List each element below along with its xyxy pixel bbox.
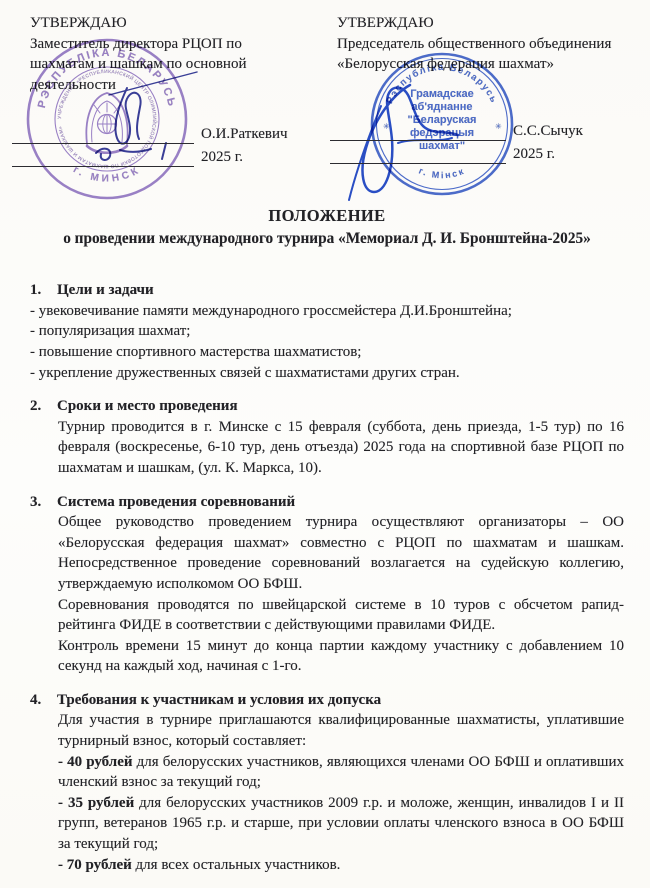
section-heading: 3. Система проведения соревнований <box>30 492 624 513</box>
document-page: УТВЕРЖДАЮ Заместитель директора РЦОП по … <box>0 0 650 888</box>
fee-item: - 35 рублей для белорусских участников 2… <box>58 793 624 855</box>
section-participants: 4. Требования к участникам и условия их … <box>30 690 624 875</box>
section-dates-venue: 2. Сроки и место проведения Турнир прово… <box>30 396 624 478</box>
fee-amount: - 35 рублей <box>58 795 134 811</box>
section-number: 1. <box>30 280 57 301</box>
paragraph: Для участия в турнире приглашаются квали… <box>58 710 624 751</box>
paragraph: Контроль времени 15 минут до конца парти… <box>58 636 624 677</box>
signatures-overlay <box>0 0 650 230</box>
date-suffix-right: 2025 г. <box>513 144 555 164</box>
paragraph: Соревнования проводятся по швейцарской с… <box>58 595 624 636</box>
signature-row-left-name: О.И.Раткевич <box>12 124 288 144</box>
document-title: ПОЛОЖЕНИЕ <box>30 206 624 227</box>
signer-name-left: О.И.Раткевич <box>201 124 288 144</box>
section-number: 4. <box>30 690 57 711</box>
signature-row-right-date: 2025 г. <box>330 144 555 164</box>
goal-item: - популяризация шахмат; <box>30 321 624 342</box>
section-heading-text: Система проведения соревнований <box>57 492 295 513</box>
section-heading: 1. Цели и задачи <box>30 280 624 301</box>
signer-name-right: С.С.Сычук <box>513 121 583 141</box>
section-heading: 4. Требования к участникам и условия их … <box>30 690 624 711</box>
signature-line <box>330 122 506 141</box>
signature-right <box>349 85 458 200</box>
date-suffix-left: 2025 г. <box>201 147 243 167</box>
goal-item: - увековечивание памяти международного г… <box>30 301 624 322</box>
section-number: 3. <box>30 492 57 513</box>
document-body: ПОЛОЖЕНИЕ о проведении международного ту… <box>30 206 624 875</box>
signature-row-left-date: 2025 г. <box>12 147 243 167</box>
document-subtitle: о проведении международного турнира «Мем… <box>30 229 624 250</box>
section-heading-text: Требования к участникам и условия их доп… <box>57 690 381 711</box>
paragraph: Турнир проводится в г. Минске с 15 февра… <box>58 417 624 479</box>
section-number: 2. <box>30 396 57 417</box>
fee-text: для белорусских участников 2009 г.р. и м… <box>58 795 624 852</box>
fee-amount: - 70 рублей <box>58 857 132 873</box>
section-heading-text: Цели и задачи <box>57 280 154 301</box>
goal-item: - повышение спортивного мастерства шахма… <box>30 342 624 363</box>
signature-row-right-name: С.С.Сычук <box>330 121 583 141</box>
date-line <box>12 148 194 167</box>
fee-item: - 40 рублей для белорусских участников, … <box>58 752 624 793</box>
section-heading-text: Сроки и место проведения <box>57 396 238 417</box>
fee-text: для белорусских участников, являющихся ч… <box>58 754 624 791</box>
section-system: 3. Система проведения соревнований Общее… <box>30 492 624 677</box>
signature-line <box>12 125 194 144</box>
paragraph: Общее руководство проведением турнира ос… <box>58 512 624 594</box>
fee-item: - 70 рублей для всех остальных участнико… <box>58 855 624 876</box>
fee-amount: - 40 рублей <box>58 754 133 770</box>
fee-text: для всех остальных участников. <box>132 857 341 873</box>
section-heading: 2. Сроки и место проведения <box>30 396 624 417</box>
section-goals: 1. Цели и задачи - увековечивание памяти… <box>30 280 624 383</box>
date-line <box>330 145 506 164</box>
goal-item: - укрепление дружественных связей с шахм… <box>30 363 624 384</box>
